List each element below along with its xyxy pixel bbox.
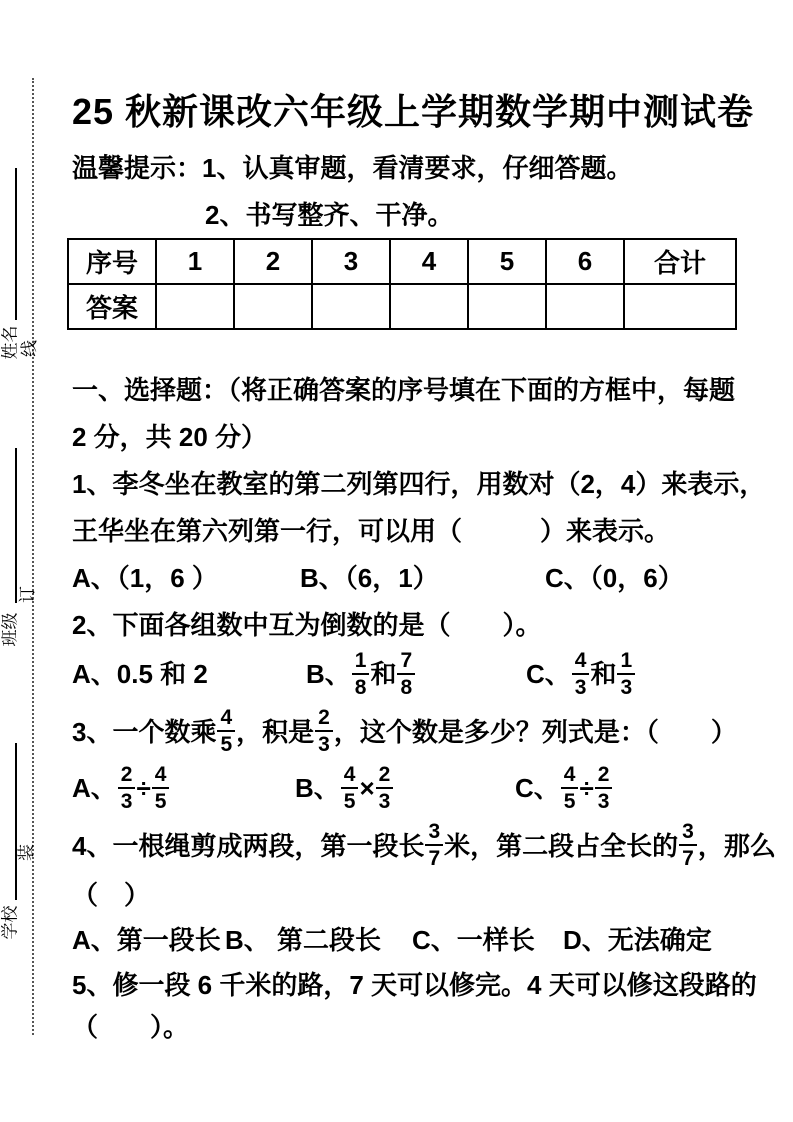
option-c: C、一样长 [412,924,563,956]
question-2-options: A、0.5 和 2 B、18和78 C、43和 13 [72,645,740,702]
text-run: 米，第二段占全长的 [444,826,678,863]
fraction: 43 [572,650,590,698]
fraction-numerator: 1 [617,650,635,675]
fraction-denominator: 3 [315,732,333,755]
fraction-denominator: 5 [217,732,235,755]
header-cell: 合计 [624,239,736,284]
answer-row-label: 答案 [68,284,156,329]
question-3-stem: 3、一个数乘45，积是23，这个数是多少？列式是：（ ） [72,702,740,759]
fraction-numerator: 4 [572,650,590,675]
text-run: A、 [72,772,117,804]
exam-tip-line-1: 温馨提示：1、认真审题，看清要求，仔细答题。 [72,152,740,185]
question-4-line-1: 4、一根绳剪成两段，第一段长37米，第二段占全长的37，那么 [72,816,740,873]
fraction: 45 [152,764,170,812]
option-b: B、（6，1） [300,562,545,594]
question-1-options: A、（1，6 ） B、（6，1） C、（0，6） [72,562,740,594]
question-5-line-2: （ ）。 [72,1011,740,1043]
school-label: 学校 [0,905,21,941]
class-label: 班级 [0,612,21,648]
text-run: B、 [295,772,340,804]
section-heading-line-2: 2 分，共 20 分） [72,421,740,453]
question-5-line-1: 5、修一段 6 千米的路，7 天可以修完。4 天可以修这段路的 [72,969,740,1001]
text-run: 和 [370,658,396,690]
header-cell: 4 [390,239,468,284]
fraction-numerator: 4 [341,764,359,789]
answer-cell [234,284,312,329]
answer-table: 序号 1 2 3 4 5 6 合计 答案 [67,238,737,330]
fraction: 23 [315,707,333,755]
fraction-denominator: 3 [118,789,136,812]
fraction-denominator: 5 [561,789,579,812]
fraction-numerator: 3 [679,821,697,846]
option-d: D、无法确定 [563,924,740,956]
fraction: 23 [376,764,394,812]
fraction-denominator: 3 [572,675,590,698]
binding-char-zhuang: 装 [12,844,37,861]
page-title: 25 秋新课改六年级上学期数学期中测试卷 [72,84,740,135]
fraction-denominator: 7 [425,846,443,869]
option-c: C、（0，6） [545,562,740,594]
fraction: 78 [397,650,415,698]
text-run: A、0.5 和 2 [72,658,208,690]
text-run: ，那么 [698,826,776,863]
fraction-numerator: 2 [595,764,613,789]
answer-cell [624,284,736,329]
fraction: 37 [425,821,443,869]
exam-tip-line-2: 2、书写整齐、干净。 [205,199,740,232]
answer-table-header-row: 序号 1 2 3 4 5 6 合计 [68,239,736,284]
question-3-options: A、23÷45 B、45×23 C、45÷23 [72,759,740,816]
name-blank-line [15,168,17,320]
text-run: ，这个数是多少？列式是：（ ） [334,712,737,749]
fraction-numerator: 4 [561,764,579,789]
fraction-denominator: 8 [352,675,370,698]
fraction-denominator: 5 [152,789,170,812]
test-paper-page: 姓名 班级 学校 装 订 线 25 秋新课改六年级上学期数学期中测试卷 温馨提示… [0,0,793,1122]
option-a: A、0.5 和 2 [72,658,306,690]
answer-table-answer-row: 答案 [68,284,736,329]
fraction: 23 [118,764,136,812]
answer-cell [468,284,546,329]
text-run: ÷ [136,772,150,804]
fraction-numerator: 3 [425,821,443,846]
option-a: A、23÷45 [72,764,295,812]
fraction-numerator: 2 [376,764,394,789]
option-b: B、18和78 [306,650,526,698]
fraction-numerator: 1 [352,650,370,675]
header-cell: 序号 [68,239,156,284]
text-run: ，积是 [236,712,314,749]
fraction-numerator: 7 [397,650,415,675]
question-1-line-1: 1、李冬坐在教室的第二列第四行，用数对（2，4）来表示， [72,468,740,500]
answer-cell [546,284,624,329]
answer-cell [156,284,234,329]
question-4-line-2: （ ） [72,879,740,911]
fraction: 45 [217,707,235,755]
text-run: × [359,772,374,804]
answer-cell [312,284,390,329]
fraction: 23 [595,764,613,812]
text-run: 4、一根绳剪成两段，第一段长 [72,826,424,863]
option-c: C、45÷23 [515,764,740,812]
fraction: 18 [352,650,370,698]
header-cell: 3 [312,239,390,284]
binding-char-xian: 线 [15,340,40,357]
binding-char-ding: 订 [13,586,38,603]
section-heading-line-1: 一、选择题：（将正确答案的序号填在下面的方框中，每题 [72,374,740,406]
fraction: 13 [617,650,635,698]
class-blank-line [15,448,17,603]
binding-dotted-line [32,78,34,1035]
fraction-denominator: 7 [679,846,697,869]
option-b: B、 第二段长 [225,924,412,956]
option-a: A、（1，6 ） [72,562,300,594]
fraction-denominator: 3 [595,789,613,812]
fraction-numerator: 2 [118,764,136,789]
option-a: A、第一段长 [72,924,225,956]
header-cell: 6 [546,239,624,284]
header-cell: 1 [156,239,234,284]
option-c: C、43和 13 [526,650,740,698]
fraction-denominator: 8 [397,675,415,698]
question-1-line-2: 王华坐在第六列第一行，可以用（ ）来表示。 [72,515,740,547]
paper-content: 25 秋新课改六年级上学期数学期中测试卷 温馨提示：1、认真审题，看清要求，仔细… [72,0,740,1043]
fraction: 37 [679,821,697,869]
question-2-stem: 2、下面各组数中互为倒数的是（ ）。 [72,609,740,641]
header-cell: 5 [468,239,546,284]
question-4-options: A、第一段长 B、 第二段长 C、一样长 D、无法确定 [72,924,740,956]
fraction: 45 [561,764,579,812]
text-run: 3、一个数乘 [72,712,216,749]
text-run: ÷ [579,772,593,804]
fraction-numerator: 4 [217,707,235,732]
text-run: C、 [515,772,560,804]
fraction-denominator: 5 [341,789,359,812]
text-run: B、 [306,658,351,690]
fraction-denominator: 3 [617,675,635,698]
text-run: C、 [526,658,571,690]
header-cell: 2 [234,239,312,284]
answer-cell [390,284,468,329]
school-blank-line [15,743,17,900]
fraction-numerator: 4 [152,764,170,789]
fraction: 45 [341,764,359,812]
option-b: B、45×23 [295,764,515,812]
text-run: 和 [590,658,616,690]
fraction-numerator: 2 [315,707,333,732]
fraction-denominator: 3 [376,789,394,812]
